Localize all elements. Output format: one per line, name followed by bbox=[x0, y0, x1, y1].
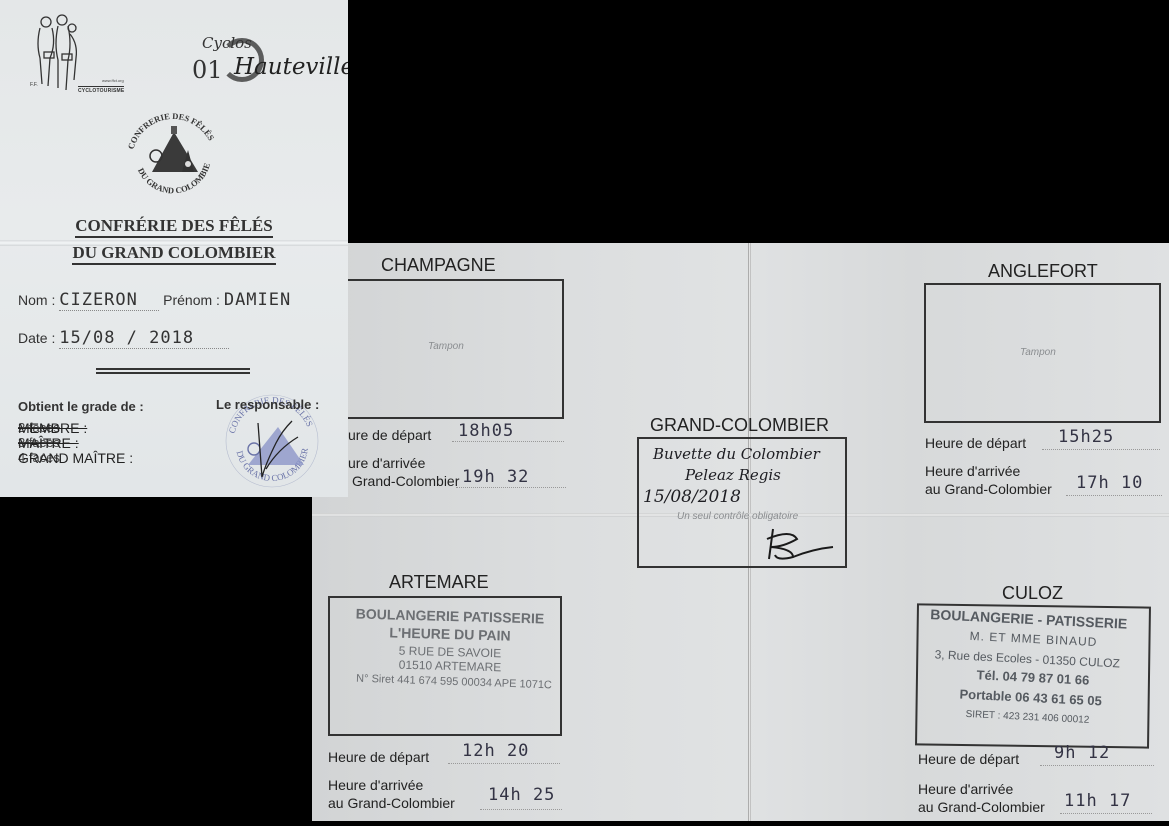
checkpoint-champagne-stamp-box: Tampon bbox=[342, 279, 564, 419]
checkpoint-artemare-stamp-box: BOULANGERIE PATISSERIE L'HEURE DU PAIN 5… bbox=[328, 596, 562, 736]
anglefort-depart-label: Heure de départ bbox=[925, 435, 1026, 451]
grand-colombier-note: Un seul contrôle obligatoire bbox=[677, 511, 798, 522]
ffct-website: www.ffct.org bbox=[102, 78, 124, 83]
culoz-arrivee-label-2: au Grand-Colombier bbox=[918, 799, 1045, 815]
champagne-depart-label: ure de départ bbox=[348, 427, 431, 443]
cyclos-hauteville-logo: Cyclos 01 Hauteville bbox=[190, 30, 330, 90]
artemare-arrivee-label-2: au Grand-Colombier bbox=[328, 795, 455, 811]
prenom-value: DAMIEN bbox=[224, 290, 291, 310]
grade-item-membre: MEMBRE :2 faces bbox=[18, 420, 208, 435]
culoz-arrivee-time: 11h 17 bbox=[1064, 791, 1131, 811]
nom-label: Nom : bbox=[18, 292, 55, 308]
anglefort-arrivee-label-1: Heure d'arrivée bbox=[925, 463, 1020, 479]
name-row: Nom : CIZERON Prénom : DAMIEN bbox=[18, 290, 291, 311]
club-logo-number: 01 bbox=[192, 56, 223, 84]
anglefort-depart-time: 15h25 bbox=[1058, 427, 1114, 447]
date-row: Date : 15/08 / 2018 bbox=[18, 328, 229, 349]
double-divider bbox=[96, 368, 250, 374]
champagne-depart-time: 18h05 bbox=[458, 421, 514, 441]
checkpoint-artemare-title: ARTEMARE bbox=[389, 572, 489, 593]
champagne-arrivee-label-2: Grand-Colombier bbox=[352, 473, 459, 489]
artemare-arrivee-label-1: Heure d'arrivée bbox=[328, 777, 423, 793]
checkpoint-culoz-title: CULOZ bbox=[1002, 583, 1063, 604]
tampon-placeholder: Tampon bbox=[1020, 347, 1056, 358]
card-title-line2: DU GRAND COLOMBIER bbox=[0, 243, 348, 263]
ffct-name: CYCLOTOURISME bbox=[78, 86, 124, 94]
artemare-depart-label: Heure de départ bbox=[328, 749, 429, 765]
tampon-placeholder: Tampon bbox=[428, 341, 464, 352]
grand-colombier-handwritten-date: 15/08/2018 bbox=[643, 487, 741, 507]
grand-colombier-handwritten-1: Buvette du Colombier bbox=[653, 445, 820, 463]
cyclists-icon bbox=[32, 14, 82, 94]
date-label: Date : bbox=[18, 330, 55, 346]
ffct-initials: F.F. bbox=[30, 82, 38, 88]
grade-title: Obtient le grade de : bbox=[18, 399, 144, 414]
mountain-emblem-icon: CONFRERIE DES FÊLÉS DU GRAND COLOMBIER bbox=[118, 104, 228, 204]
anglefort-arrivee-time: 17h 10 bbox=[1076, 473, 1143, 493]
checkpoint-grand-colombier-stamp-box: Buvette du Colombier Peleaz Regis 15/08/… bbox=[637, 437, 847, 568]
club-logo-line2: Hauteville bbox=[234, 54, 348, 80]
grade-item-maitre: MAÎTRE :3 faces bbox=[18, 435, 208, 450]
date-value: 15/08 / 2018 bbox=[59, 328, 194, 348]
grade-item-grand-maitre: GRAND MAÎTRE :4 faces bbox=[18, 450, 208, 465]
champagne-arrivee-label-1: ure d'arrivée bbox=[348, 455, 425, 471]
checkpoint-grand-colombier-title: GRAND-COLOMBIER bbox=[650, 415, 829, 436]
checkpoint-anglefort-title: ANGLEFORT bbox=[988, 261, 1098, 282]
confrerie-emblem: CONFRERIE DES FÊLÉS DU GRAND COLOMBIER bbox=[118, 104, 228, 204]
signature-icon bbox=[763, 525, 835, 563]
nom-value: CIZERON bbox=[59, 290, 138, 310]
checkpoint-champagne-title: CHAMPAGNE bbox=[381, 255, 496, 276]
checkpoint-sheet: CHAMPAGNE Tampon ure de départ 18h05 ure… bbox=[312, 243, 1169, 821]
culoz-depart-time: 9h 12 bbox=[1054, 743, 1110, 763]
culoz-arrivee-label-1: Heure d'arrivée bbox=[918, 781, 1013, 797]
responsable-title: Le responsable : bbox=[216, 397, 319, 412]
artemare-arrivee-time: 14h 25 bbox=[488, 785, 555, 805]
champagne-arrivee-time: 19h 32 bbox=[462, 467, 529, 487]
grand-colombier-handwritten-2: Peleaz Regis bbox=[685, 466, 781, 484]
grade-list: MEMBRE :2 faces MAÎTRE :3 faces GRAND MA… bbox=[18, 420, 208, 465]
anglefort-arrivee-label-2: au Grand-Colombier bbox=[925, 481, 1052, 497]
club-logo-line1: Cyclos bbox=[202, 34, 252, 52]
checkpoint-culoz-stamp-box: BOULANGERIE - PATISSERIE M. ET MME BINAU… bbox=[915, 603, 1151, 748]
culoz-depart-label: Heure de départ bbox=[918, 751, 1019, 767]
ffct-logo: F.F. www.ffct.org CYCLOTOURISME bbox=[30, 14, 130, 94]
checkpoint-anglefort-stamp-box: Tampon bbox=[924, 283, 1161, 423]
membership-card: F.F. www.ffct.org CYCLOTOURISME Cyclos 0… bbox=[0, 0, 348, 497]
prenom-label: Prénom : bbox=[163, 292, 220, 308]
artemare-depart-time: 12h 20 bbox=[462, 741, 529, 761]
card-title-line1: CONFRÉRIE DES FÊLÉS bbox=[0, 216, 348, 236]
